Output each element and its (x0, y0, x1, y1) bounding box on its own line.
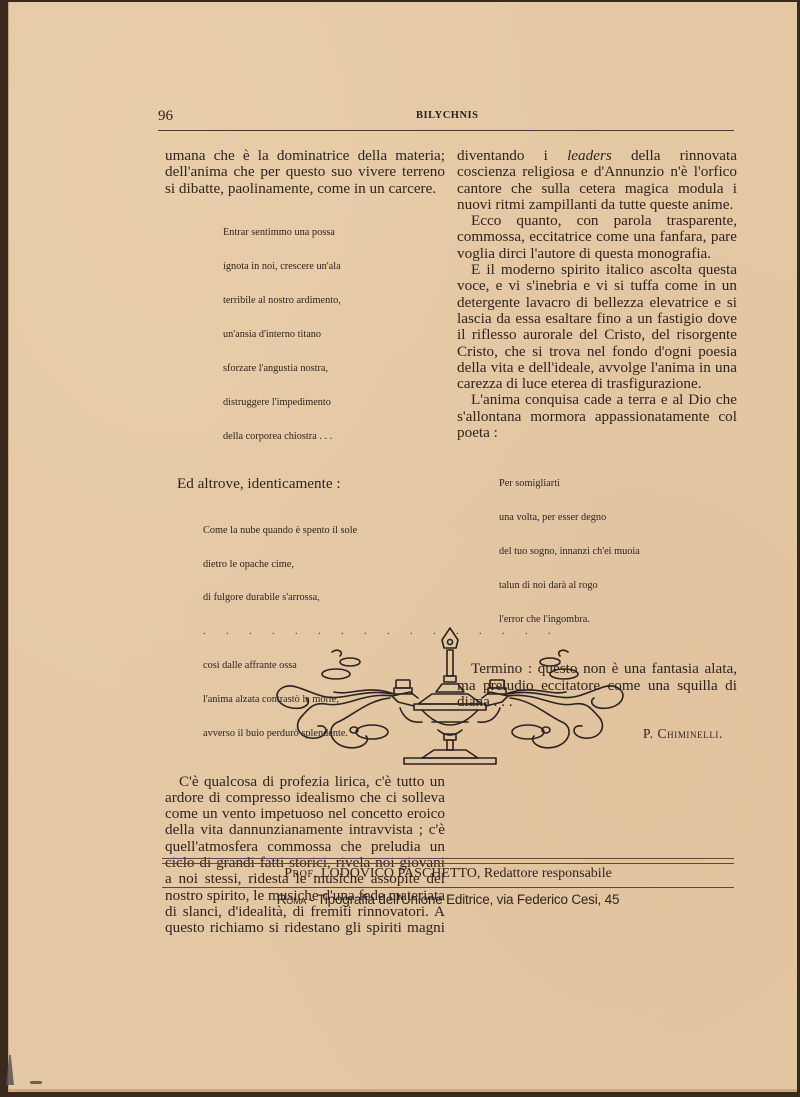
verse-line: sforzare l'angustia nostra, (223, 363, 445, 374)
verse-line: Come la nube quando è spento il sole (203, 525, 445, 536)
verse-block: Per somigliarti una volta, per esser deg… (499, 455, 737, 647)
footer-editor-line: Prof. LODOVICO PASCHETTO, Redattore resp… (162, 866, 734, 882)
header-rule (158, 130, 734, 132)
editor-title: Prof. (284, 866, 317, 881)
intro-line: Ed altrove, identicamente : (177, 476, 445, 492)
text-span: diventando i (457, 147, 567, 164)
verse-line: talun di noi darà al rogo (499, 580, 737, 591)
verse-line: dietro le opache cime, (203, 559, 445, 570)
printer-details: - Tipografia dell'Unione Editrice, via F… (306, 892, 619, 907)
verse-line: del tuo sogno, innanzi ch'ei muoia (499, 546, 737, 557)
paragraph: C'è qualcosa di profezia lirica, c'è tut… (165, 774, 445, 937)
editor-name: LODOVICO PASCHETTO, Redattore responsabi… (317, 866, 611, 881)
verse-line: distruggere l'impedimento (223, 397, 445, 408)
verse-line: una volta, per esser degno (499, 512, 737, 523)
verse-line: Per somigliarti (499, 478, 737, 489)
verse-line: un'ansia d'interno titano (223, 329, 445, 340)
ink-smudge (30, 1081, 42, 1084)
paragraph: L'anima conquisa cade a terra e al Dio c… (457, 392, 737, 441)
italic-word: leaders (567, 147, 612, 164)
printer-city: Roma (277, 892, 306, 907)
paragraph: umana che è la dominatrice della materia… (165, 148, 445, 197)
paragraph: E il moderno spirito italico ascolta que… (457, 262, 737, 392)
verse-line: di fulgore durabile s'arrossa, (203, 592, 445, 603)
footer-rule (162, 887, 734, 888)
verse-line: terribile al nostro ardimento, (223, 295, 445, 306)
running-title: BILYCHNIS (416, 110, 478, 121)
left-column: umana che è la dominatrice della materia… (165, 148, 445, 937)
verse-line: della corporea chiostra . . . (223, 431, 445, 442)
page-edge (9, 1089, 797, 1092)
verse-line: ignota in noi, crescere un'ala (223, 261, 445, 272)
verse-block: Entrar sentimmo una possa ignota in noi,… (223, 205, 445, 465)
footer-printer-line: Roma - Tipografia dell'Unione Editrice, … (162, 892, 734, 907)
verse-line: Entrar sentimmo una possa (223, 227, 445, 238)
page-header: 96 BILYCHNIS (158, 104, 734, 128)
paragraph: diventando i leaders della rinnovata cos… (457, 148, 737, 213)
footer-double-rule (162, 858, 734, 864)
oil-lamp-ornament-icon (272, 622, 628, 772)
paragraph: Ecco quanto, con parola trasparente, com… (457, 213, 737, 262)
page-number: 96 (158, 108, 173, 125)
